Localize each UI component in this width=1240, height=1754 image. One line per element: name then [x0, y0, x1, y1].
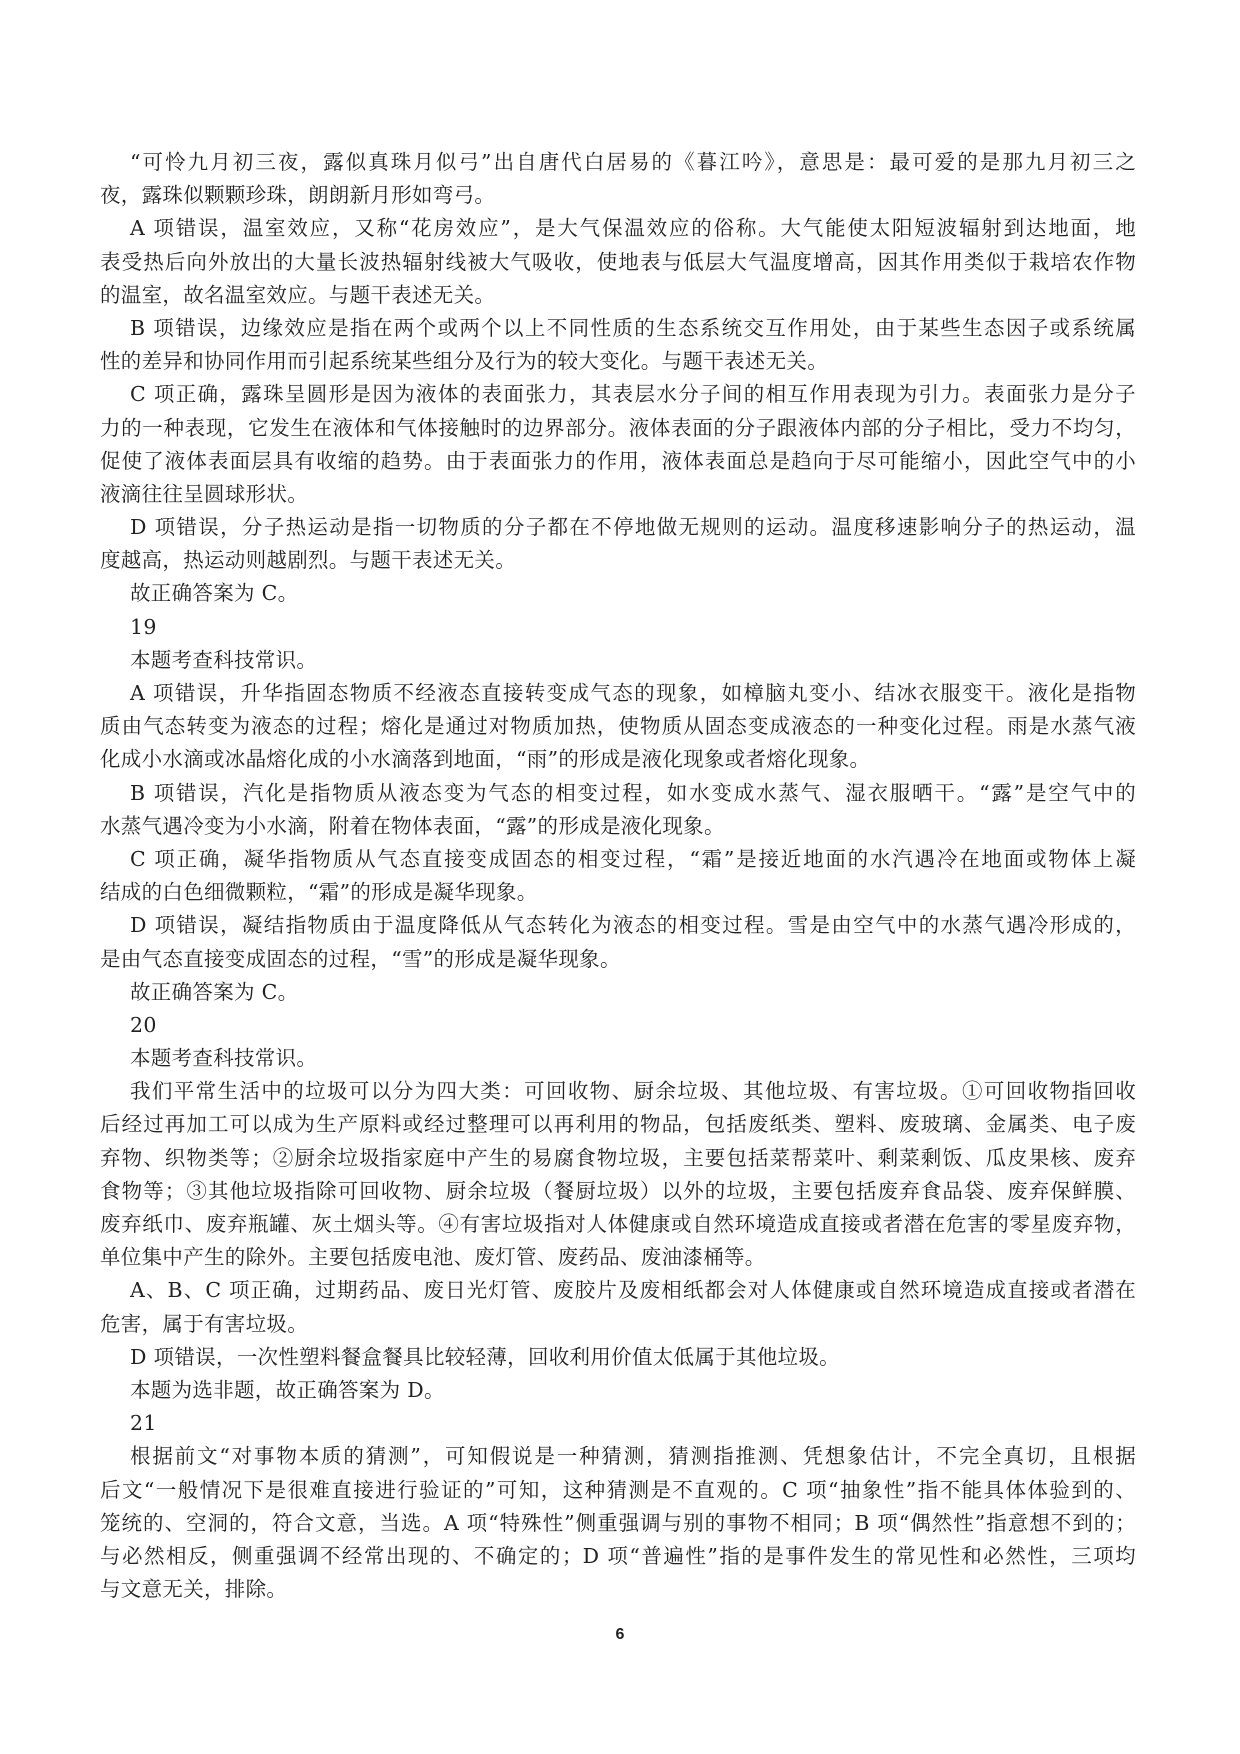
- text-line: 弃物、织物类等；②厨余垃圾指家庭中产生的易腐食物垃圾，主要包括菜帮菜叶、剩菜剩饭…: [100, 1142, 1136, 1175]
- text-line: 表受热后向外放出的大量长波热辐射线被大气吸收，使地表与低层大气温度增高，因其作用…: [100, 246, 1136, 279]
- paragraph-q19-answer: 故正确答案为 C。: [100, 976, 1136, 1009]
- text-line: 我们平常生活中的垃圾可以分为四大类：可回收物、厨余垃圾、其他垃圾、有害垃圾。①可…: [100, 1075, 1136, 1108]
- text-line: C 项正确，露珠呈圆形是因为液体的表面张力，其表层水分子间的相互作用表现为引力。…: [100, 378, 1136, 411]
- paragraph-q19-a: A 项错误，升华指固态物质不经液态直接转变成气态的现象，如樟脑丸变小、结冰衣服变…: [100, 677, 1136, 777]
- paragraph-q18-answer: 故正确答案为 C。: [100, 577, 1136, 610]
- text-line: 20: [100, 1009, 1136, 1042]
- text-line: 食物等；③其他垃圾指除可回收物、厨余垃圾（餐厨垃圾）以外的垃圾，主要包括废弃食品…: [100, 1175, 1136, 1208]
- text-line: 故正确答案为 C。: [100, 577, 1136, 610]
- paragraph-q20-body: 我们平常生活中的垃圾可以分为四大类：可回收物、厨余垃圾、其他垃圾、有害垃圾。①可…: [100, 1075, 1136, 1274]
- text-line: 液滴往往呈圆球形状。: [100, 478, 1136, 511]
- text-line: 促使了液体表面层具有收缩的趋势。由于表面张力的作用，液体表面总是趋向于尽可能缩小…: [100, 445, 1136, 478]
- paragraph-q21-body: 根据前文“对事物本质的猜测”，可知假说是一种猜测，猜测指推测、凭想象估计，不完全…: [100, 1440, 1136, 1606]
- text-line: D 项错误，分子热运动是指一切物质的分子都在不停地做无规则的运动。温度移速影响分…: [100, 511, 1136, 544]
- text-line: 性的差异和协同作用而引起系统某些组分及行为的较大变化。与题干表述无关。: [100, 345, 1136, 378]
- text-line: A 项错误，升华指固态物质不经液态直接转变成气态的现象，如樟脑丸变小、结冰衣服变…: [100, 677, 1136, 710]
- text-line: B 项错误，边缘效应是指在两个或两个以上不同性质的生态系统交互作用处，由于某些生…: [100, 312, 1136, 345]
- paragraph-q20-answer: 本题为选非题，故正确答案为 D。: [100, 1374, 1136, 1407]
- text-line: 化成小水滴或冰晶熔化成的小水滴落到地面，“雨”的形成是液化现象或者熔化现象。: [100, 743, 1136, 776]
- paragraph-q19-c: C 项正确，凝华指物质从气态直接变成固态的相变过程，“霜”是接近地面的水汽遇冷在…: [100, 843, 1136, 909]
- text-line: 力的一种表现，它发生在液体和气体接触时的边界部分。液体表面的分子跟液体内部的分子…: [100, 412, 1136, 445]
- paragraph-q20-topic: 本题考查科技常识。: [100, 1042, 1136, 1075]
- text-line: 与文意无关，排除。: [100, 1573, 1136, 1606]
- text-line: A、B、C 项正确，过期药品、废日光灯管、废胶片及废相纸都会对人体健康或自然环境…: [100, 1274, 1136, 1307]
- document-page: “可怜九月初三夜，露似真珠月似弓”出自唐代白居易的《暮江吟》，意思是：最可爱的是…: [0, 0, 1240, 1754]
- paragraph-q18-b: B 项错误，边缘效应是指在两个或两个以上不同性质的生态系统交互作用处，由于某些生…: [100, 312, 1136, 378]
- paragraph-q19-topic: 本题考查科技常识。: [100, 644, 1136, 677]
- text-line: 本题考查科技常识。: [100, 644, 1136, 677]
- paragraph-q21-number: 21: [100, 1407, 1136, 1440]
- paragraph-q20-number: 20: [100, 1009, 1136, 1042]
- text-line: 故正确答案为 C。: [100, 976, 1136, 1009]
- text-line: 19: [100, 611, 1136, 644]
- text-line: 后经过再加工可以成为生产原料或经过整理可以再利用的物品，包括废纸类、塑料、废玻璃…: [100, 1108, 1136, 1141]
- text-line: 质由气态转变为液态的过程；熔化是通过对物质加热，使物质从固态变成液态的一种变化过…: [100, 710, 1136, 743]
- text-line: 后文“一般情况下是很难直接进行验证的”可知，这种猜测是不直观的。C 项“抽象性”…: [100, 1474, 1136, 1507]
- paragraph-q18-poem: “可怜九月初三夜，露似真珠月似弓”出自唐代白居易的《暮江吟》，意思是：最可爱的是…: [100, 146, 1136, 212]
- text-line: 根据前文“对事物本质的猜测”，可知假说是一种猜测，猜测指推测、凭想象估计，不完全…: [100, 1440, 1136, 1473]
- text-line: 笼统的、空洞的，符合文意，当选。A 项“特殊性”侧重强调与别的事物不相同；B 项…: [100, 1507, 1136, 1540]
- text-line: D 项错误，一次性塑料餐盒餐具比较轻薄，回收利用价值太低属于其他垃圾。: [100, 1341, 1136, 1374]
- text-line: B 项错误，汽化是指物质从液态变为气态的相变过程，如水变成水蒸气、湿衣服晒干。“…: [100, 777, 1136, 810]
- text-line: 单位集中产生的除外。主要包括废电池、废灯管、废药品、废油漆桶等。: [100, 1241, 1136, 1274]
- text-line: 本题为选非题，故正确答案为 D。: [100, 1374, 1136, 1407]
- text-line: 结成的白色细微颗粒，“霜”的形成是凝华现象。: [100, 876, 1136, 909]
- text-line: “可怜九月初三夜，露似真珠月似弓”出自唐代白居易的《暮江吟》，意思是：最可爱的是…: [100, 146, 1136, 179]
- text-line: 的温室，故名温室效应。与题干表述无关。: [100, 279, 1136, 312]
- text-line: C 项正确，凝华指物质从气态直接变成固态的相变过程，“霜”是接近地面的水汽遇冷在…: [100, 843, 1136, 876]
- paragraph-q19-d: D 项错误，凝结指物质由于温度降低从气态转化为液态的相变过程。雪是由空气中的水蒸…: [100, 909, 1136, 975]
- page-number: 6: [0, 1626, 1240, 1644]
- paragraph-q19-number: 19: [100, 611, 1136, 644]
- paragraph-q20-abc: A、B、C 项正确，过期药品、废日光灯管、废胶片及废相纸都会对人体健康或自然环境…: [100, 1274, 1136, 1340]
- text-line: 废弃纸巾、废弃瓶罐、灰土烟头等。④有害垃圾指对人体健康或自然环境造成直接或者潜在…: [100, 1208, 1136, 1241]
- paragraph-q19-b: B 项错误，汽化是指物质从液态变为气态的相变过程，如水变成水蒸气、湿衣服晒干。“…: [100, 777, 1136, 843]
- text-line: D 项错误，凝结指物质由于温度降低从气态转化为液态的相变过程。雪是由空气中的水蒸…: [100, 909, 1136, 942]
- text-line: 是由气态直接变成固态的过程，“雪”的形成是凝华现象。: [100, 943, 1136, 976]
- text-line: 水蒸气遇冷变为小水滴，附着在物体表面，“露”的形成是液化现象。: [100, 810, 1136, 843]
- text-line: 21: [100, 1407, 1136, 1440]
- paragraph-q18-d: D 项错误，分子热运动是指一切物质的分子都在不停地做无规则的运动。温度移速影响分…: [100, 511, 1136, 577]
- paragraph-q20-d: D 项错误，一次性塑料餐盒餐具比较轻薄，回收利用价值太低属于其他垃圾。: [100, 1341, 1136, 1374]
- text-line: 度越高，热运动则越剧烈。与题干表述无关。: [100, 544, 1136, 577]
- text-line: 本题考查科技常识。: [100, 1042, 1136, 1075]
- text-line: 夜，露珠似颗颗珍珠，朗朗新月形如弯弓。: [100, 179, 1136, 212]
- text-line: A 项错误，温室效应，又称“花房效应”，是大气保温效应的俗称。大气能使太阳短波辐…: [100, 212, 1136, 245]
- text-line: 与必然相反，侧重强调不经常出现的、不确定的；D 项“普遍性”指的是事件发生的常见…: [100, 1540, 1136, 1573]
- paragraph-q18-c: C 项正确，露珠呈圆形是因为液体的表面张力，其表层水分子间的相互作用表现为引力。…: [100, 378, 1136, 511]
- text-line: 危害，属于有害垃圾。: [100, 1308, 1136, 1341]
- document-body: “可怜九月初三夜，露似真珠月似弓”出自唐代白居易的《暮江吟》，意思是：最可爱的是…: [100, 146, 1136, 1606]
- paragraph-q18-a: A 项错误，温室效应，又称“花房效应”，是大气保温效应的俗称。大气能使太阳短波辐…: [100, 212, 1136, 312]
